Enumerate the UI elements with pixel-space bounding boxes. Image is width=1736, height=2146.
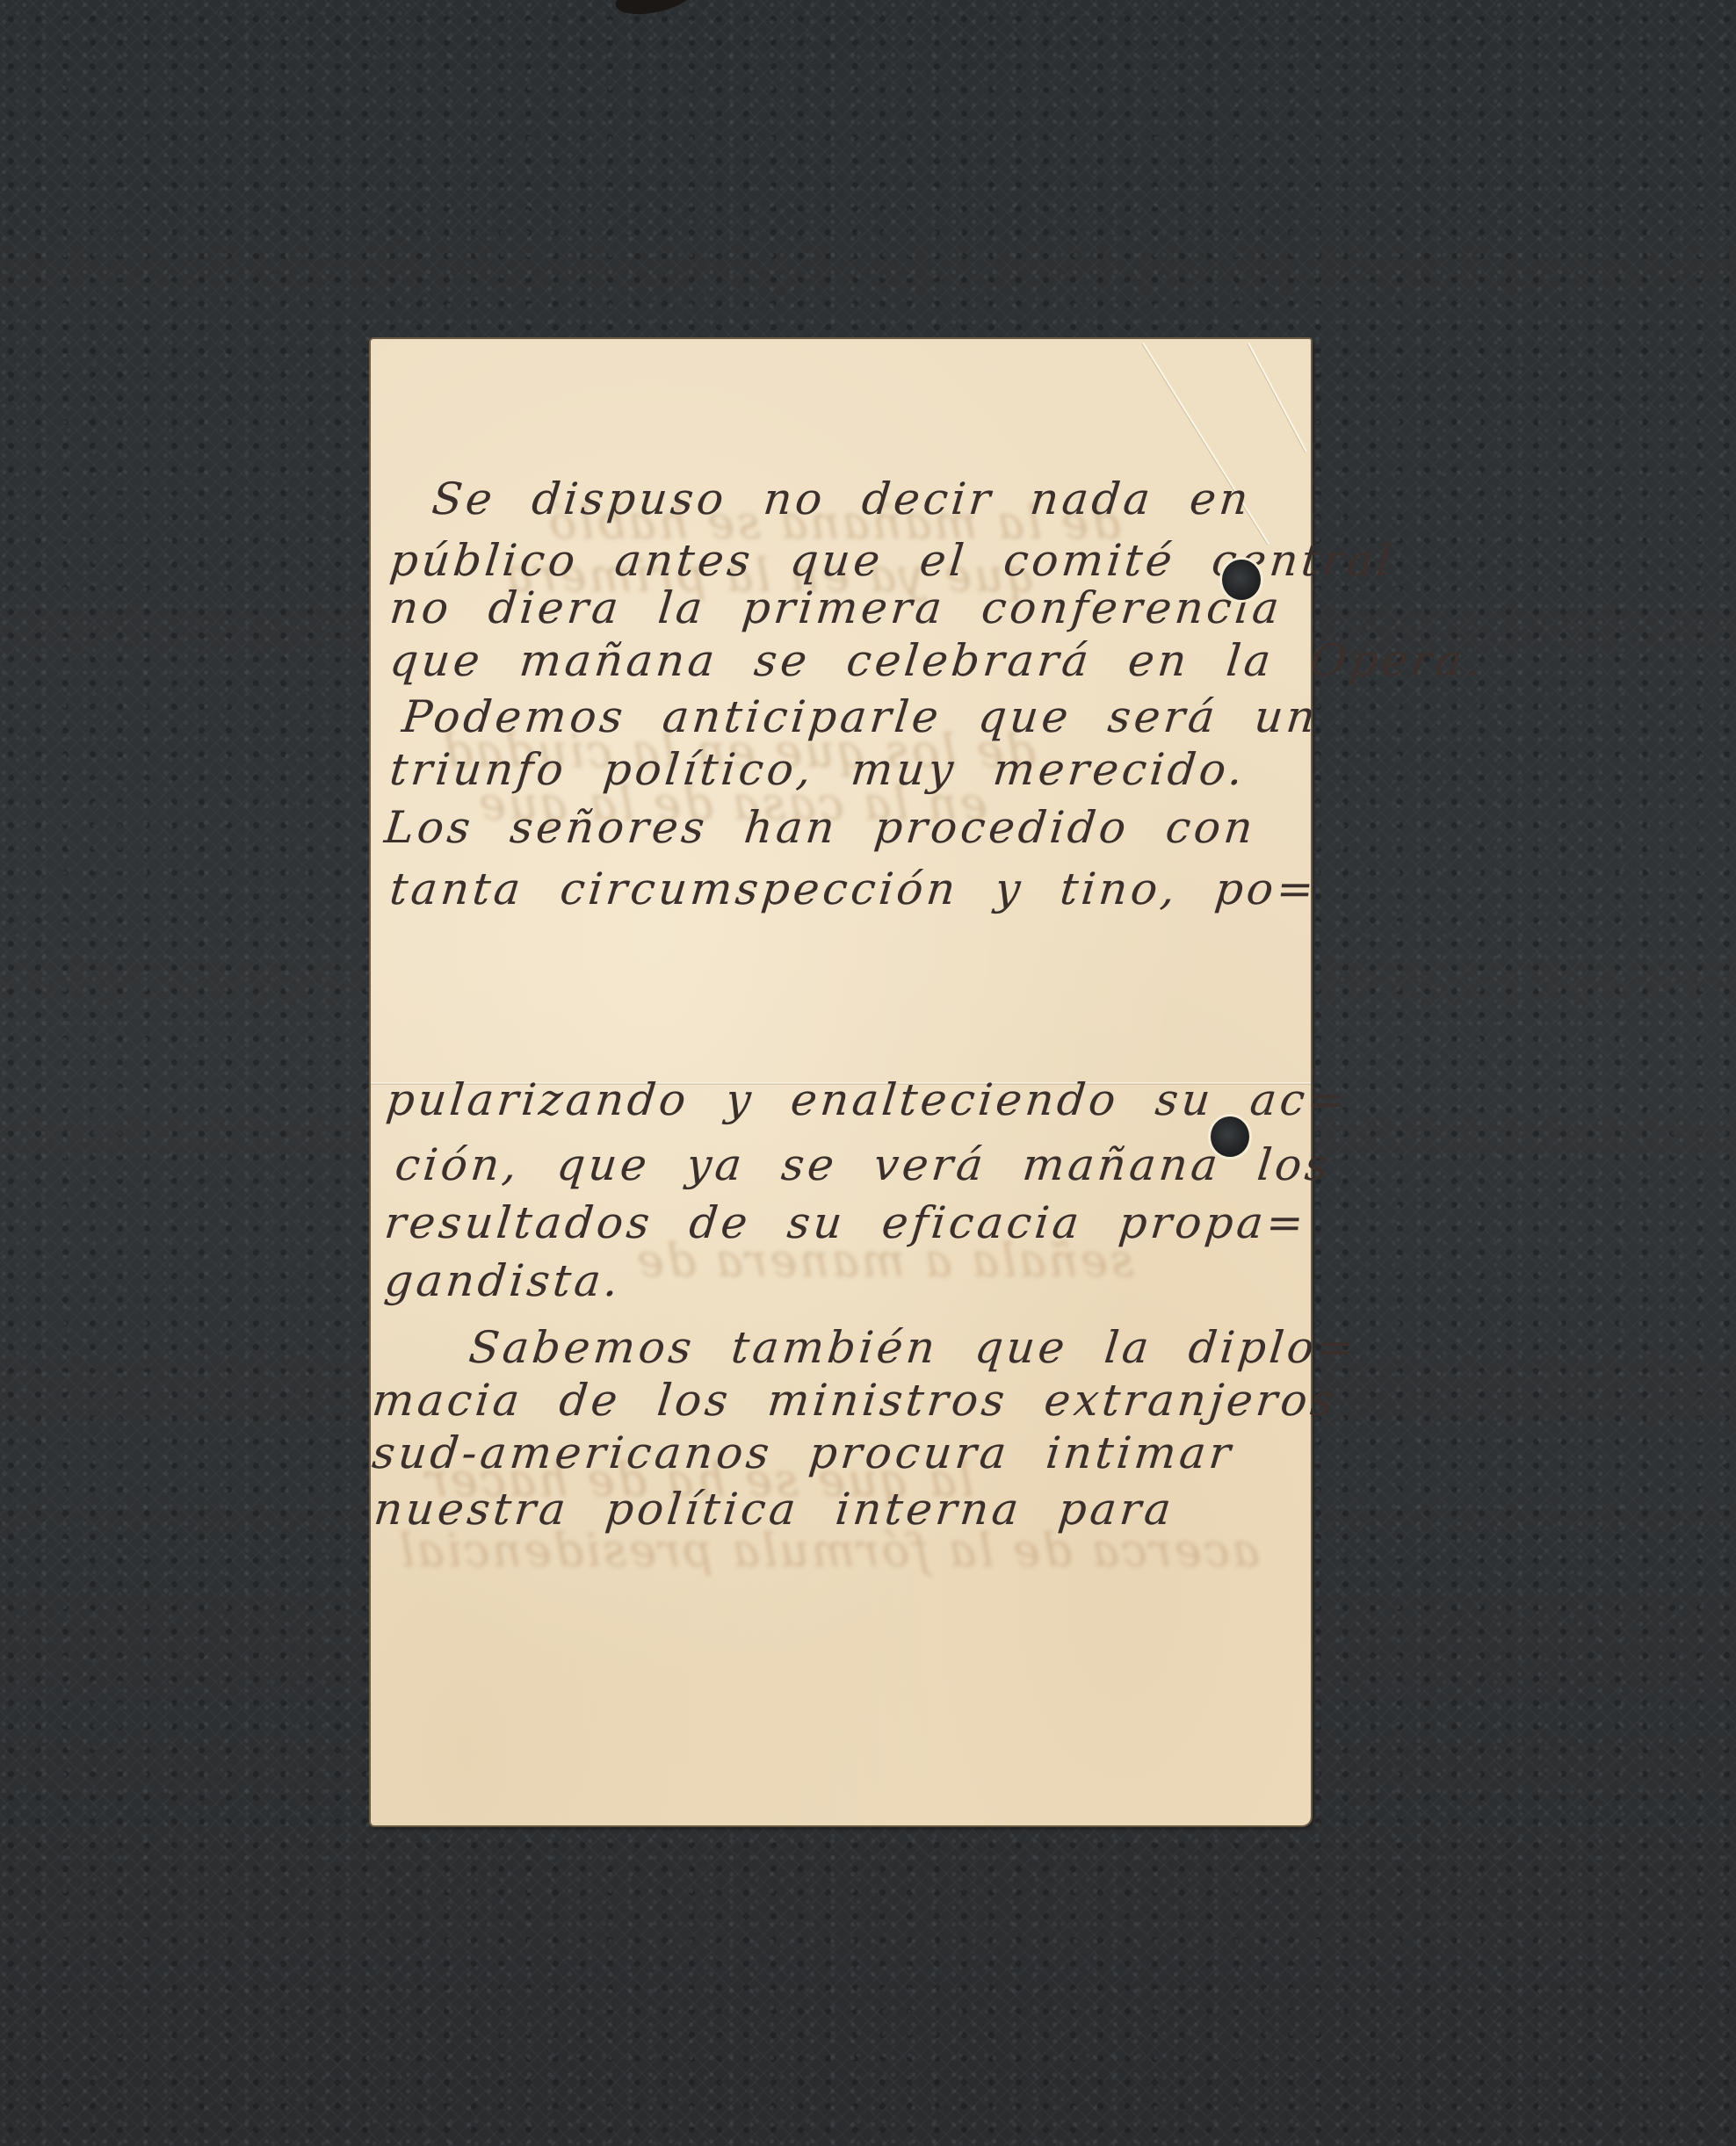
letter-line: Sabemos también que la diplo= [467, 1321, 1360, 1374]
letter-line: Los señores han procedido con [382, 801, 1259, 854]
letter-line: nuestra política interna para [372, 1483, 1177, 1535]
letter-line: pularizando y enalteciendo su ac= [384, 1073, 1351, 1126]
letter-line: no diera la primera conferencia [387, 582, 1285, 634]
letter-line: Podemos anticiparle que será un [400, 690, 1321, 743]
letter-line: sud-americanos procura intimar [370, 1427, 1237, 1479]
letter-line: gandista. [382, 1254, 625, 1307]
punch-hole [1211, 1116, 1249, 1157]
corner-crease [1248, 343, 1306, 452]
dark-object-top [612, 0, 696, 20]
letter-line: que mañana se celebrará en la Opera. [387, 634, 1486, 687]
letter-line: triunfo político, muy merecido. [387, 743, 1249, 796]
letter-page: de la mañana se habló que ya en la prime… [371, 339, 1311, 1825]
letter-line: resultados de su eficacia propa= [382, 1196, 1310, 1249]
letter-line: tanta circumspección y tino, po= [387, 863, 1320, 915]
letter-line: ción, que ya se verá mañana los [393, 1138, 1335, 1191]
letter-line: macia de los ministros extranjeros [370, 1374, 1340, 1427]
letter-line: Se dispuso no decir nada en [430, 473, 1255, 525]
punch-hole [1222, 560, 1261, 600]
